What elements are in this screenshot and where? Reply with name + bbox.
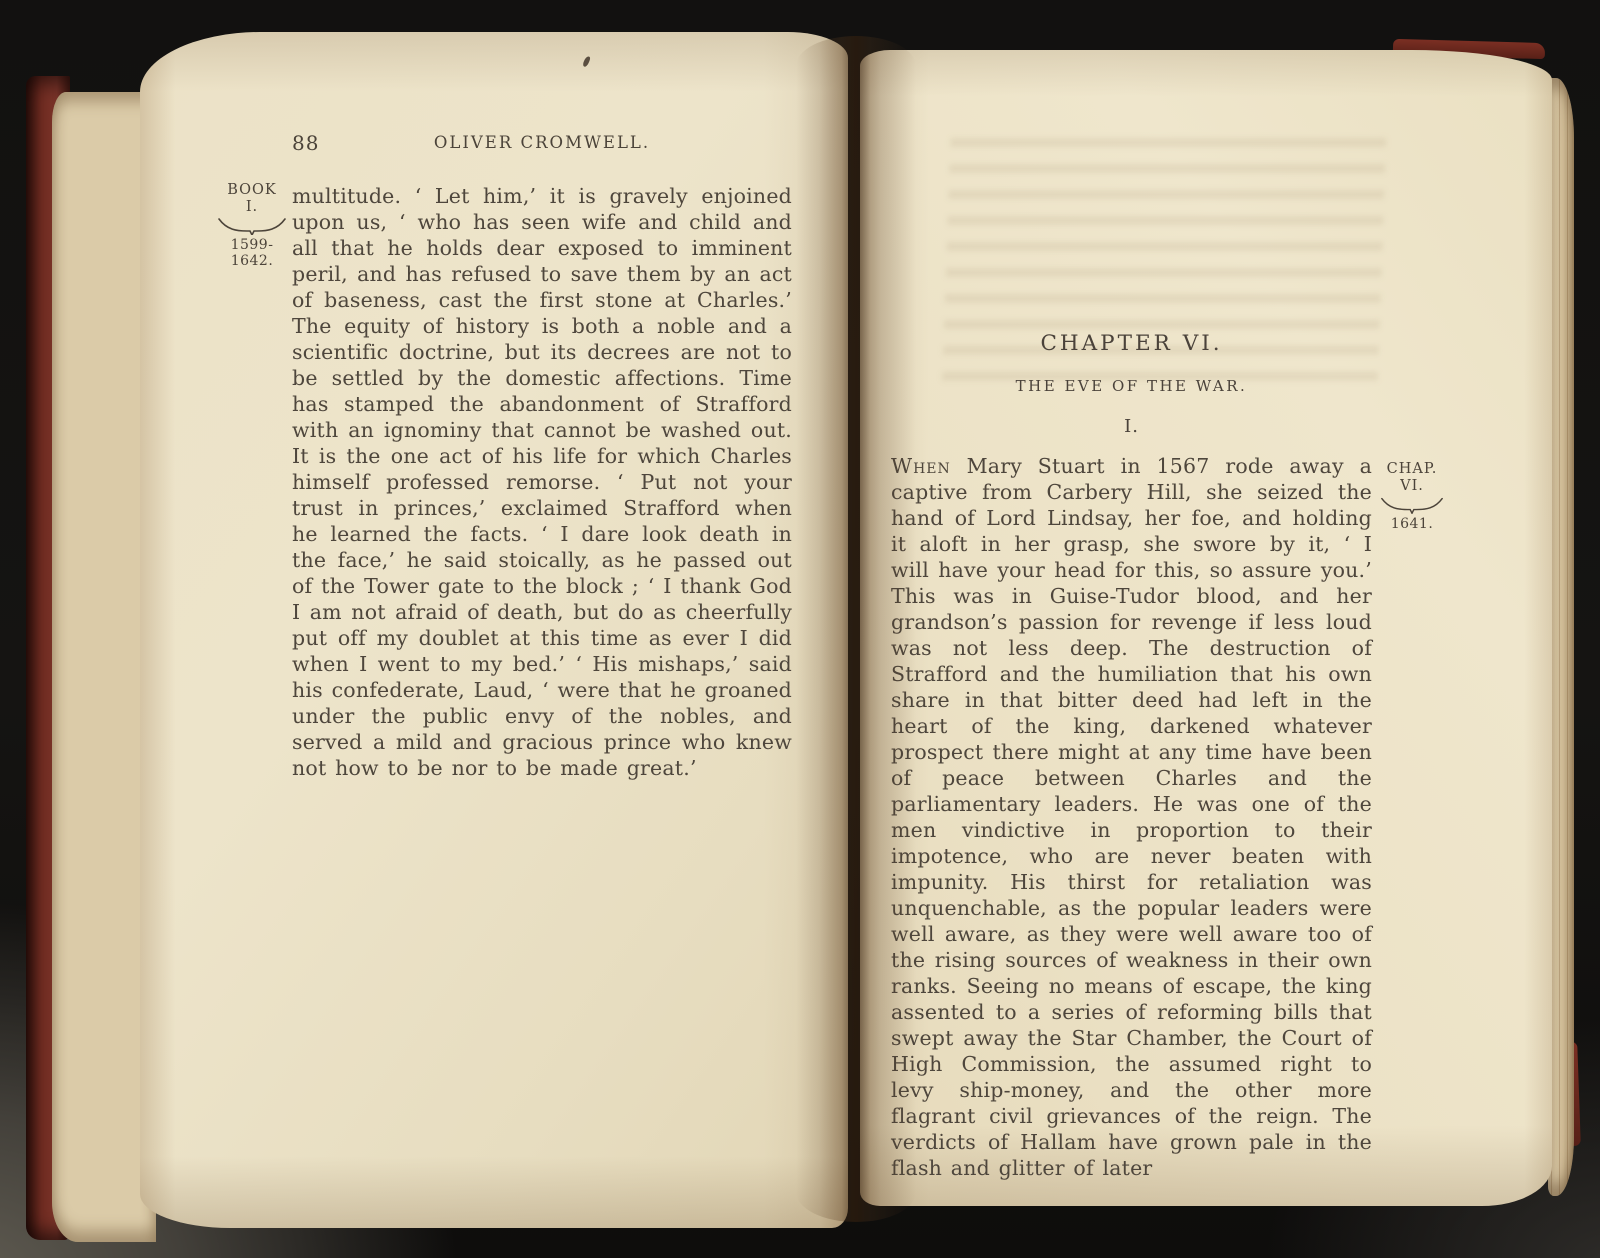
book-photo: 88 OLIVER CROMWELL. BOOK I. 1599- 1642. … <box>0 0 1600 1258</box>
chap-numeral: VI. <box>1372 478 1452 495</box>
chapter-heading: CHAPTER VI. <box>891 331 1372 356</box>
ink-speck <box>582 55 591 67</box>
left-page: 88 OLIVER CROMWELL. BOOK I. 1599- 1642. … <box>140 32 848 1228</box>
left-page-body-text: multitude. ‘ Let him,’ it is gravely enj… <box>292 183 792 781</box>
running-head: OLIVER CROMWELL. <box>292 131 792 152</box>
gutter-shadow <box>796 36 916 1222</box>
chapter-subtitle: THE EVE OF THE WAR. <box>891 377 1372 395</box>
margin-brace-icon <box>217 217 287 235</box>
right-page-body-continuation: Mary Stuart in 1567 rode away a captive … <box>891 454 1372 1180</box>
chapter-heading-block: CHAPTER VI. THE EVE OF THE WAR. I. <box>891 50 1372 450</box>
margin-years-line2: 1642. <box>208 253 296 269</box>
right-page-body-text: When Mary Stuart in 1567 rode away a cap… <box>891 453 1372 1181</box>
margin-years-line1: 1599- <box>208 237 296 253</box>
book-numeral: I. <box>208 199 296 216</box>
left-page-header: 88 OLIVER CROMWELL. <box>292 131 792 157</box>
right-page: CHAPTER VI. THE EVE OF THE WAR. I. When … <box>860 50 1552 1206</box>
left-margin-note: BOOK I. 1599- 1642. <box>208 182 296 269</box>
chap-label: CHAP. <box>1372 461 1452 478</box>
margin-brace-icon <box>1380 496 1444 514</box>
right-margin-note: CHAP. VI. 1641. <box>1372 461 1452 532</box>
page-number: 88 <box>292 131 319 155</box>
book-label: BOOK <box>208 182 296 199</box>
section-numeral: I. <box>891 416 1372 437</box>
margin-year: 1641. <box>1372 516 1452 532</box>
